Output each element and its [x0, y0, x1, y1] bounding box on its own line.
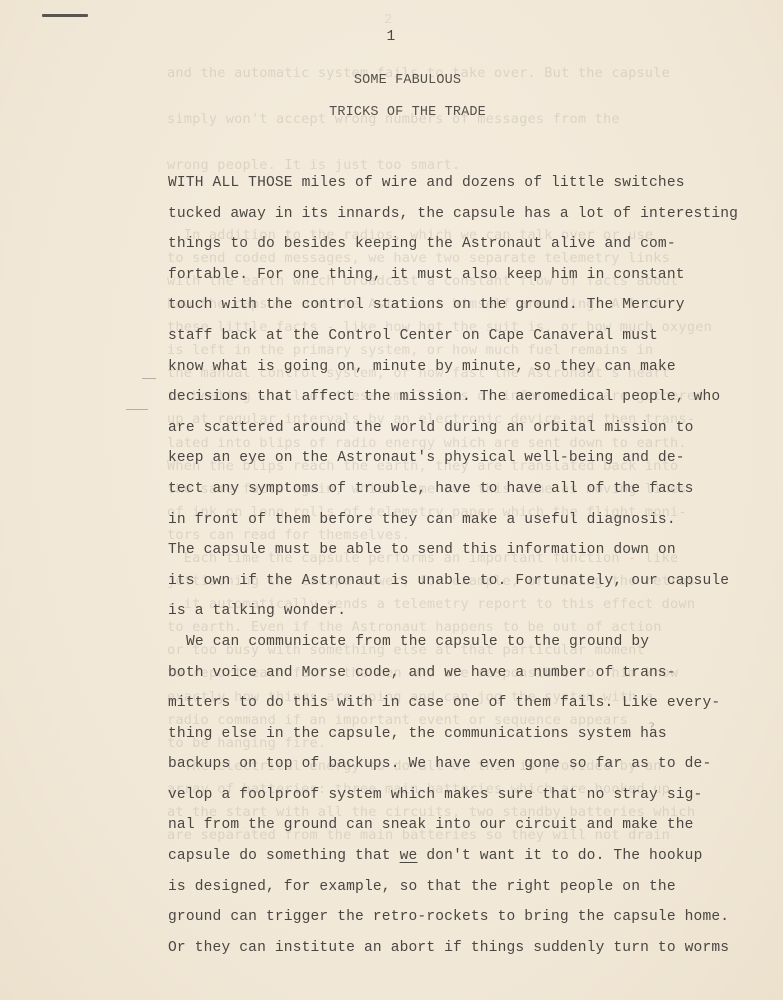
text-line: touch with the control stations on the g…: [168, 294, 728, 325]
text-line: know what is going on, minute by minute,…: [168, 356, 728, 387]
page-number: 1: [376, 29, 406, 45]
text-line: both voice and Morse code, and we have a…: [168, 662, 728, 693]
text-line: its own if the Astronaut is unable to. F…: [168, 570, 728, 601]
text-line: is designed, for example, so that the ri…: [168, 876, 728, 907]
title-line-2: TRICKS OF THE TRADE: [0, 105, 783, 120]
margin-mark: [126, 409, 148, 410]
text-line: fortable. For one thing, it must also ke…: [168, 264, 728, 295]
text-line: are scattered around the world during an…: [168, 417, 728, 448]
stray-mark: ?: [649, 719, 654, 734]
text-line: tect any symptoms of trouble, have to ha…: [168, 478, 728, 509]
text-line: keep an eye on the Astronaut's physical …: [168, 447, 728, 478]
text-line: velop a foolproof system which makes sur…: [168, 784, 728, 815]
text-line: staff back at the Control Center on Cape…: [168, 325, 728, 356]
underlined-word: we: [400, 848, 418, 864]
bleed-through-page-number: 2: [384, 12, 392, 28]
text-line: thing else in the capsule, the communica…: [168, 723, 728, 754]
text-line: ground can trigger the retro-rockets to …: [168, 906, 728, 937]
text-line: decisions that affect the mission. The a…: [168, 386, 728, 417]
text-line: things to do besides keeping the Astrona…: [168, 233, 728, 264]
document-page: 2 and the automatic system fails to take…: [0, 0, 783, 1000]
text-line: We can communicate from the capsule to t…: [168, 631, 728, 662]
text-line: mitters to do this with in case one of t…: [168, 692, 728, 723]
text-line: WITH ALL THOSE miles of wire and dozens …: [168, 172, 728, 203]
text-line: capsule do something that we don't want …: [168, 845, 728, 876]
corner-pencil-mark: [42, 14, 88, 17]
text-line: is a talking wonder.: [168, 600, 728, 631]
text-line: The capsule must be able to send this in…: [168, 539, 728, 570]
text-line: in front of them before they can make a …: [168, 509, 728, 540]
body-text: WITH ALL THOSE miles of wire and dozens …: [168, 172, 728, 967]
title-line-1: SOME FABULOUS: [0, 73, 783, 88]
text-line: Or they can institute an abort if things…: [168, 937, 728, 968]
text-line: tucked away in its innards, the capsule …: [168, 203, 728, 234]
text-line: backups on top of backups. We have even …: [168, 753, 728, 784]
text-line: nal from the ground can sneak into our c…: [168, 814, 728, 845]
margin-mark: [142, 378, 156, 379]
